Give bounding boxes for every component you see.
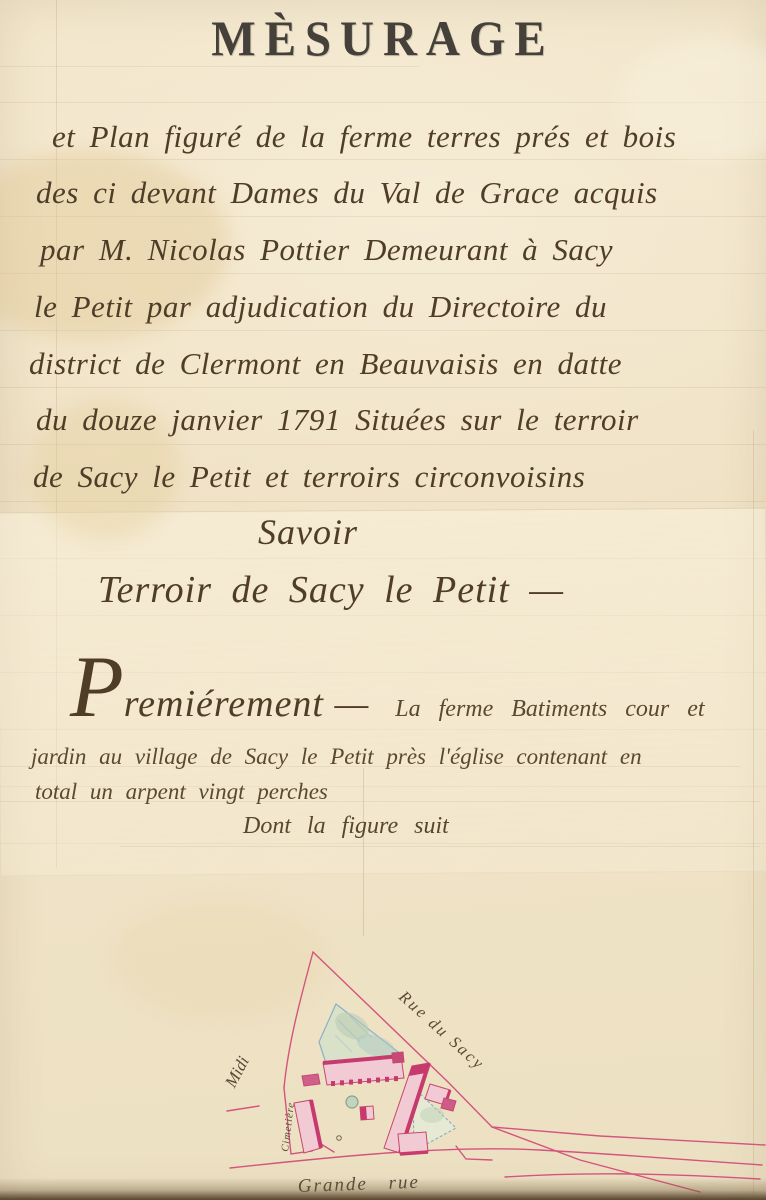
building-shape bbox=[302, 1074, 320, 1086]
garden-wash bbox=[420, 1107, 444, 1123]
boundary-path bbox=[227, 1106, 259, 1111]
manuscript-line: le Petit par adjudication du Directoire … bbox=[34, 289, 607, 325]
manuscript-line: des ci devant Dames du Val de Grace acqu… bbox=[36, 175, 658, 211]
building-shape bbox=[392, 1052, 404, 1063]
manuscript-line: du douze janvier 1791 Situées sur le ter… bbox=[36, 402, 639, 438]
well bbox=[346, 1096, 358, 1108]
map-label-rue-du-sacy: Rue du Sacy bbox=[395, 986, 490, 1074]
boundary-path bbox=[456, 1146, 492, 1160]
faint-guide-line bbox=[120, 846, 760, 847]
building-wall bbox=[400, 1152, 428, 1154]
savoir-heading: Savoir bbox=[258, 511, 358, 553]
premierement-continuation: La ferme Batiments cour et bbox=[395, 696, 704, 722]
boundary-path bbox=[284, 952, 313, 1088]
map-label-midi: Midi bbox=[221, 1053, 253, 1091]
premierement-line: Premiérement —La ferme Batiments cour et bbox=[70, 652, 705, 726]
premierement-word: remiérement — bbox=[124, 683, 370, 725]
manuscript-line: district de Clermont en Beauvaisis en da… bbox=[29, 346, 622, 382]
decorated-initial: P bbox=[70, 639, 124, 736]
building-wall bbox=[360, 1107, 367, 1121]
manuscript-line: de Sacy le Petit et terroirs circonvoisi… bbox=[33, 459, 585, 495]
plan-figure: Rue du Sacy Midi Cimetière Grande rue bbox=[0, 930, 766, 1200]
road-network bbox=[227, 952, 765, 1192]
page-bottom-edge bbox=[0, 1178, 766, 1200]
terroir-heading: Terroir de Sacy le Petit — bbox=[98, 568, 564, 612]
building-shape bbox=[441, 1098, 456, 1111]
manuscript-page: MÈSURAGE et Plan figuré de la ferme terr… bbox=[0, 0, 766, 1200]
map-label-cimetiere: Cimetière bbox=[280, 1101, 297, 1152]
vertical-crease bbox=[363, 768, 364, 936]
page-title: MÈSURAGE bbox=[0, 10, 766, 67]
manuscript-line: total un arpent vingt perches bbox=[35, 779, 328, 805]
manuscript-line: jardin au village de Sacy le Petit près … bbox=[31, 744, 642, 770]
figure-caption: Dont la figure suit bbox=[243, 813, 449, 840]
manuscript-line: par M. Nicolas Pottier Demeurant à Sacy bbox=[40, 232, 613, 268]
garden-northwest bbox=[319, 1004, 402, 1063]
small-mark bbox=[337, 1136, 342, 1141]
manuscript-line: et Plan figuré de la ferme terres prés e… bbox=[52, 119, 676, 155]
